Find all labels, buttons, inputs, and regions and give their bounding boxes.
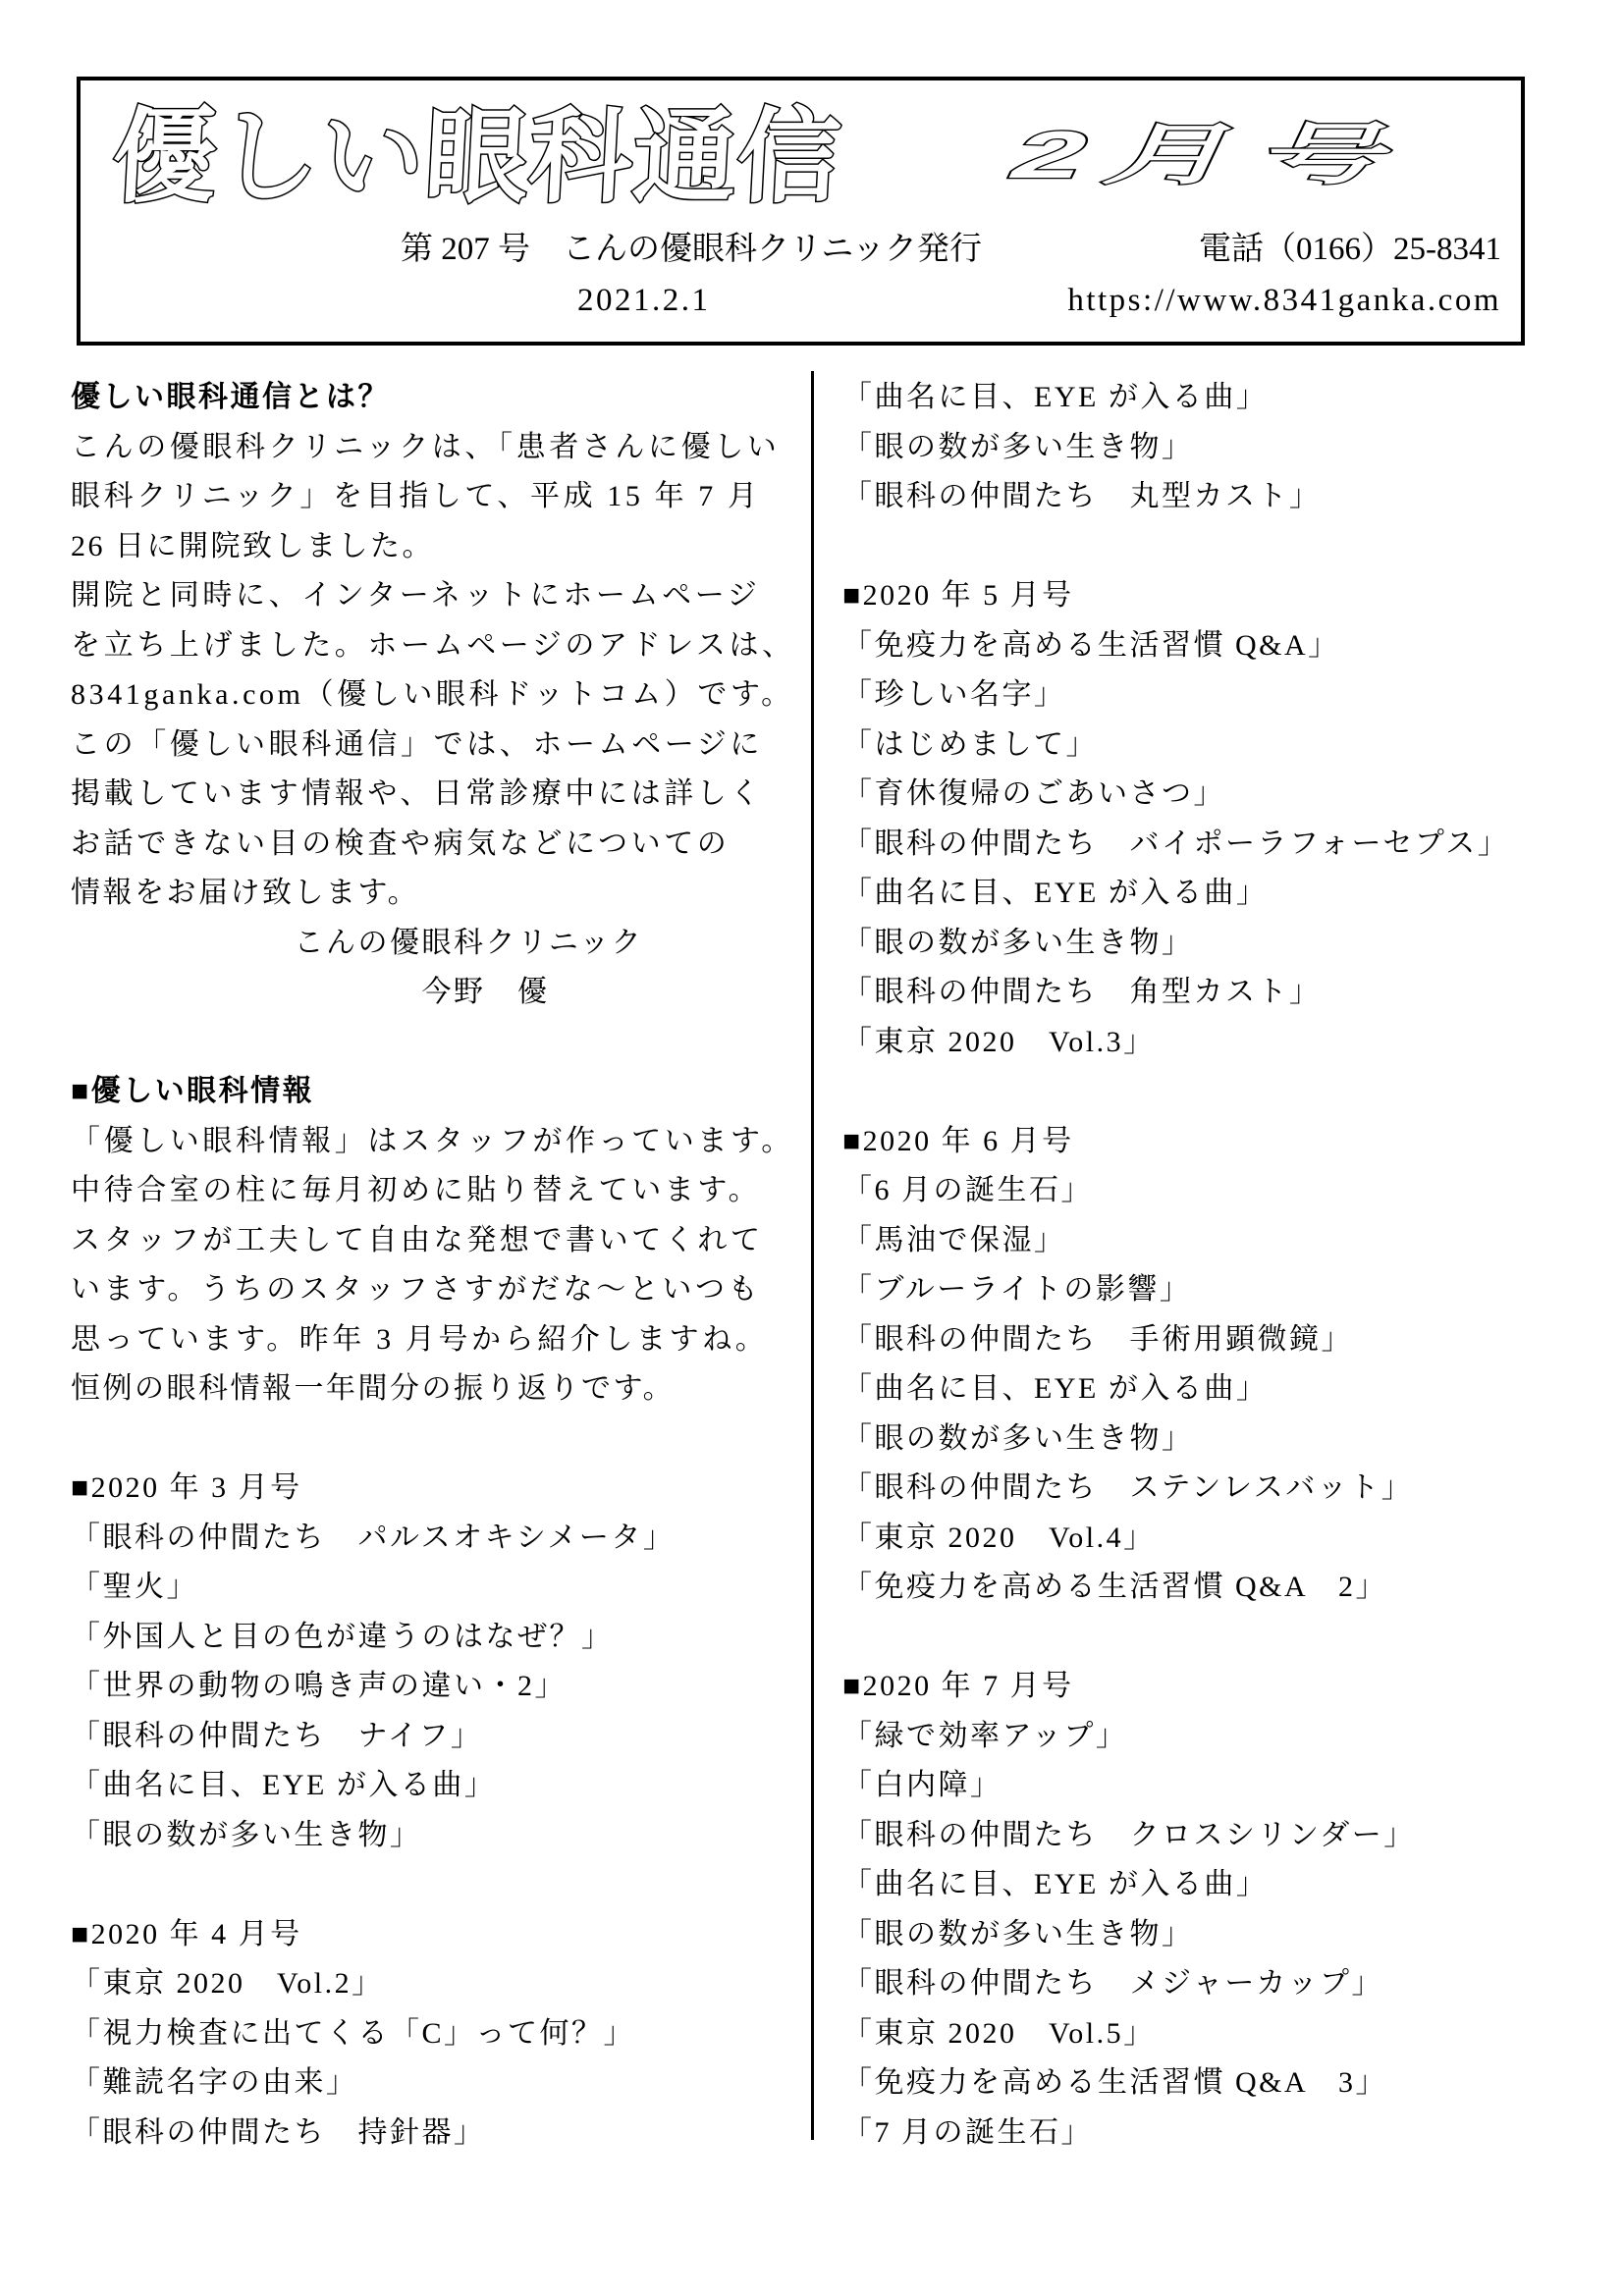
- text-line: 「眼科の仲間たち クロスシリンダー」: [842, 1811, 1565, 1861]
- blank-line: [842, 1613, 1565, 1663]
- text-line: 「眼科の仲間たち ステンレスバット」: [842, 1464, 1565, 1514]
- text-line: 「東京 2020 Vol.3」: [842, 1018, 1565, 1068]
- text-line: スタッフが工夫して自由な発想で書いてくれて: [71, 1216, 797, 1266]
- text-line: 思っています。昨年 3 月号から紹介しますね。: [71, 1315, 797, 1365]
- text-line: います。うちのスタッフさすがだな～といつも: [71, 1265, 797, 1315]
- text-line: 「眼の数が多い生き物」: [842, 423, 1565, 473]
- edition-number: 第 207 号 こんの優眼科クリニック発行: [401, 230, 982, 269]
- text-line: 「曲名に目、EYE が入る曲」: [842, 373, 1565, 423]
- masthead-edition-row: 第 207 号 こんの優眼科クリニック発行 電話（0166）25-8341: [81, 230, 1521, 269]
- text-line: 「緑で効率アップ」: [842, 1712, 1565, 1762]
- text-line: ■2020 年 7 月号: [842, 1662, 1565, 1712]
- text-line: 「眼科の仲間たち ナイフ」: [71, 1712, 797, 1762]
- right-column: 「曲名に目、EYE が入る曲」「眼の数が多い生き物」「眼科の仲間たち 丸型カスト…: [842, 373, 1565, 2158]
- newsletter-title: 優しい眼科通信: [110, 104, 844, 212]
- text-line: 「曲名に目、EYE が入る曲」: [71, 1761, 797, 1811]
- text-line: 「眼の数が多い生き物」: [842, 919, 1565, 969]
- text-line: 「7 月の誕生石」: [842, 2109, 1565, 2159]
- text-line: 今野 優: [71, 968, 797, 1018]
- text-line: こんの優眼科クリニック: [71, 919, 797, 969]
- text-line: 情報をお届け致します。: [71, 869, 797, 919]
- text-line: 開院と同時に、インターネットにホームページ: [71, 571, 797, 621]
- text-line: 「白内障」: [842, 1761, 1565, 1811]
- text-line: 優しい眼科通信とは？: [71, 373, 797, 423]
- text-line: 「眼科の仲間たち 手術用顕微鏡」: [842, 1315, 1565, 1365]
- issue-date: 2021.2.1: [577, 281, 711, 320]
- text-line: 26 日に開院致しました。: [71, 522, 797, 572]
- text-line: 「免疫力を高める生活習慣 Q&A 2」: [842, 1563, 1565, 1613]
- newsletter-page: 優しい眼科通信 2月号 第 207 号 こんの優眼科クリニック発行 電話（016…: [0, 0, 1624, 2296]
- text-line: 恒例の眼科情報一年間分の振り返りです。: [71, 1364, 797, 1415]
- text-line: 「ブルーライトの影響」: [842, 1265, 1565, 1315]
- masthead: 優しい眼科通信 2月号 第 207 号 こんの優眼科クリニック発行 電話（016…: [77, 77, 1525, 346]
- text-line: 「育休復帰のごあいさつ」: [842, 770, 1565, 820]
- blank-line: [842, 522, 1565, 572]
- masthead-date-row: 2021.2.1 https://www.8341ganka.com: [81, 281, 1521, 320]
- text-line: 掲載しています情報や、日常診療中には詳しく: [71, 770, 797, 820]
- text-line: この「優しい眼科通信」では、ホームページに: [71, 721, 797, 771]
- text-line: こんの優眼科クリニックは、「患者さんに優しい: [71, 423, 797, 473]
- phone-number: 電話（0166）25-8341: [1199, 230, 1501, 269]
- text-line: 「聖火」: [71, 1563, 797, 1613]
- text-line: ■2020 年 6 月号: [842, 1117, 1565, 1167]
- text-line: 「曲名に目、EYE が入る曲」: [842, 869, 1565, 919]
- text-line: 「世界の動物の鳴き声の違い・2」: [71, 1662, 797, 1712]
- text-line: 「視力検査に出てくる「C」って何？」: [71, 2009, 797, 2059]
- text-line: 「眼科の仲間たち バイポーラフォーセプス」: [842, 820, 1565, 870]
- website-url: https://www.8341ganka.com: [1067, 281, 1501, 320]
- text-line: を立ち上げました。ホームページのアドレスは、: [71, 621, 797, 671]
- text-line: お話できない目の検査や病気などについての: [71, 820, 797, 870]
- text-line: 「馬油で保湿」: [842, 1216, 1565, 1266]
- text-line: 「曲名に目、EYE が入る曲」: [842, 1364, 1565, 1415]
- text-line: 「眼科の仲間たち 持針器」: [71, 2109, 797, 2159]
- text-line: 「東京 2020 Vol.5」: [842, 2009, 1565, 2059]
- text-line: ■優しい眼科情報: [71, 1067, 797, 1117]
- text-line: 「眼の数が多い生き物」: [842, 1415, 1565, 1465]
- text-line: ■2020 年 5 月号: [842, 571, 1565, 621]
- text-line: 「6 月の誕生石」: [842, 1166, 1565, 1216]
- text-line: 「はじめまして」: [842, 721, 1565, 771]
- text-line: 中待合室の柱に毎月初めに貼り替えています。: [71, 1166, 797, 1216]
- text-line: 「眼科の仲間たち パルスオキシメータ」: [71, 1514, 797, 1564]
- text-line: 「免疫力を高める生活習慣 Q&A 3」: [842, 2058, 1565, 2109]
- issue-label: 2月号: [1000, 122, 1434, 188]
- text-line: 「優しい眼科情報」はスタッフが作っています。: [71, 1117, 797, 1167]
- text-line: 「外国人と目の色が違うのはなぜ？」: [71, 1613, 797, 1663]
- text-line: 「東京 2020 Vol.2」: [71, 1959, 797, 2009]
- blank-line: [71, 1860, 797, 1910]
- text-line: 「難読名字の由来」: [71, 2058, 797, 2109]
- text-line: 8341ganka.com（優しい眼科ドットコム）です。: [71, 670, 797, 721]
- blank-line: [842, 1067, 1565, 1117]
- text-line: 「東京 2020 Vol.4」: [842, 1514, 1565, 1564]
- text-line: 「曲名に目、EYE が入る曲」: [842, 1860, 1565, 1910]
- text-line: 「珍しい名字」: [842, 670, 1565, 721]
- column-divider: [811, 371, 814, 2140]
- text-line: ■2020 年 4 月号: [71, 1910, 797, 1960]
- text-line: 「眼の数が多い生き物」: [71, 1811, 797, 1861]
- text-line: 「免疫力を高める生活習慣 Q&A」: [842, 621, 1565, 671]
- blank-line: [71, 1415, 797, 1465]
- text-line: 「眼の数が多い生き物」: [842, 1910, 1565, 1960]
- text-line: 「眼科の仲間たち メジャーカップ」: [842, 1959, 1565, 2009]
- blank-line: [71, 1018, 797, 1068]
- text-line: 「眼科の仲間たち 丸型カスト」: [842, 472, 1565, 522]
- text-line: ■2020 年 3 月号: [71, 1464, 797, 1514]
- text-line: 眼科クリニック」を目指して、平成 15 年 7 月: [71, 472, 797, 522]
- left-column: 優しい眼科通信とは？こんの優眼科クリニックは、「患者さんに優しい眼科クリニック」…: [71, 373, 797, 2158]
- text-line: 「眼科の仲間たち 角型カスト」: [842, 968, 1565, 1018]
